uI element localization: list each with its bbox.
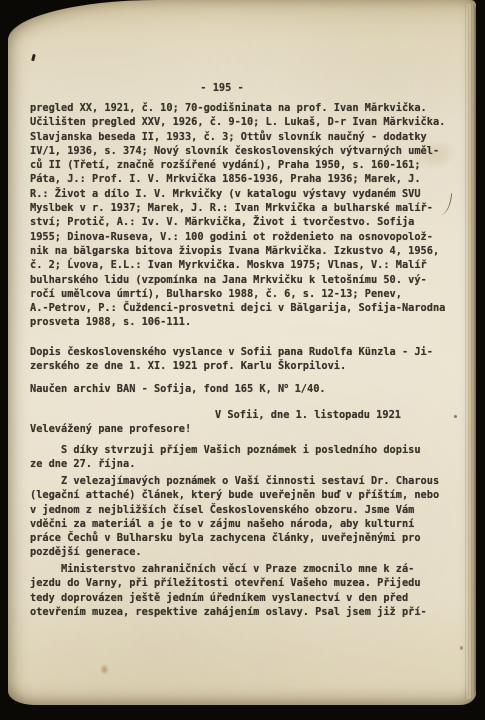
page-edge-shading [465,4,476,700]
letter-paragraph-3: Ministerstvo zahraničních věcí v Praze z… [30,562,427,619]
letter-salutation: Velevážený pane profesore! [30,422,191,436]
letter-dateline: V Sofii, dne 1. listopadu 1921 [215,408,401,422]
scan-background: - 195 - pregled XX, 1921, č. 10; 70-godi… [0,0,485,720]
source-note: Dopis československého vyslance v Sofii … [30,345,433,374]
letter-paragraph-2: Z velezajímavých poznámek o Vaší činnost… [30,474,439,560]
letter-paragraph-1: S díky stvrzuji příjem Vašich poznámek i… [30,443,421,472]
bibliography-paragraph: pregled XX, 1921, č. 10; 70-godišninata … [30,101,445,330]
archive-reference-suffix: 1/40. [288,383,325,395]
page-number: - 195 - [30,81,414,95]
archive-reference: Naučen archiv BAN - Sofija, fond 165 K, … [30,379,326,396]
archive-reference-prefix: Naučen archiv BAN - Sofija, fond 165 K, … [30,383,284,395]
